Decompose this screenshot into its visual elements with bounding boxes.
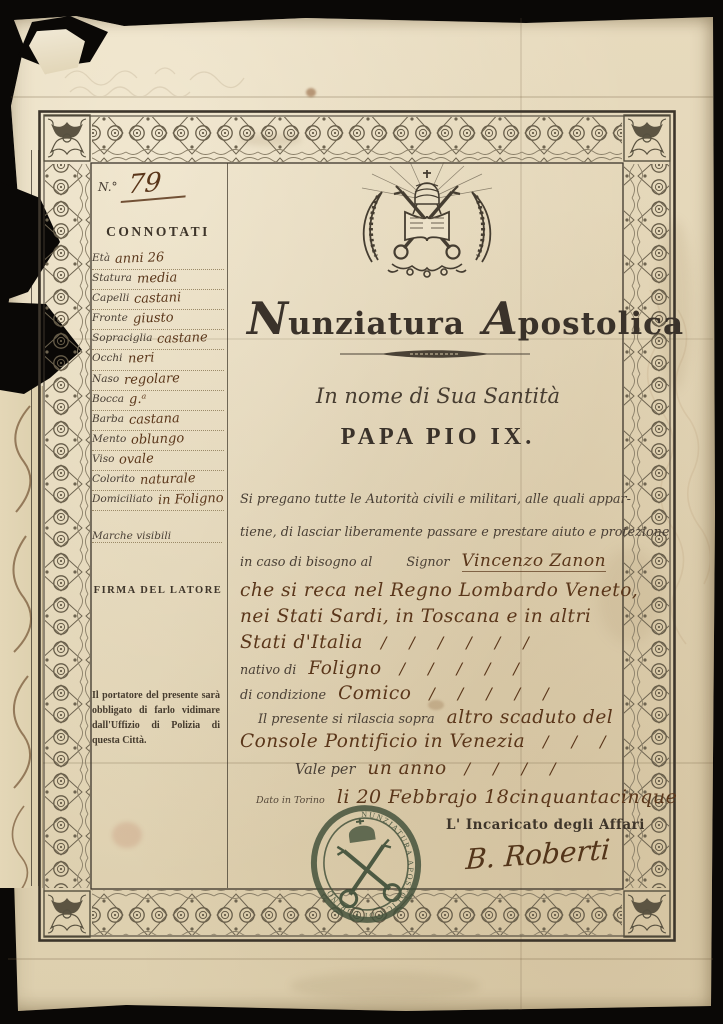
- handwritten-slashes: / / / / /: [400, 659, 528, 678]
- field-fronte: Frontegiusto: [92, 310, 224, 330]
- printed-text: Il presente si rilascia sopra: [258, 712, 435, 727]
- field-label: Bocca: [92, 393, 124, 405]
- body-line-10: Console Pontificio in Venezia/ / /: [240, 731, 638, 752]
- handwritten-text: altro scaduto del: [447, 707, 614, 728]
- field-occhi: Occhineri: [92, 350, 224, 370]
- field-value: media: [137, 270, 178, 286]
- printed-text: in caso di bisogno al: [240, 555, 372, 570]
- firma-del-latore-heading: FIRMA DEL LATORE: [92, 585, 224, 596]
- field-label: Naso: [92, 373, 119, 385]
- printed-text: nativo di: [240, 663, 296, 678]
- connotati-fields: Etàanni 26 Staturamedia Capellicastani F…: [92, 250, 224, 511]
- scanned-passport-document: N.°79 CONNOTATI Etàanni 26 Staturamedia …: [0, 0, 723, 1024]
- field-value: castani: [134, 290, 182, 307]
- field-eta: Etàanni 26: [92, 250, 224, 270]
- printed-text: di condizione: [240, 688, 326, 703]
- official-title: L' Incaricato degli Affari: [446, 817, 636, 833]
- fold-line: [8, 958, 713, 960]
- handwritten-slashes: / / / / /: [429, 684, 557, 703]
- field-value: g.ᵃ: [129, 391, 147, 407]
- field-statura: Staturamedia: [92, 270, 224, 290]
- marks-label: Marche visibili: [92, 530, 171, 542]
- title-word: Apostolica: [483, 292, 684, 345]
- handwritten-text: Comico: [338, 683, 411, 704]
- field-label: Occhi: [92, 352, 123, 364]
- decorative-rule: [340, 348, 530, 360]
- handwritten-text: Stati d'Italia: [240, 632, 363, 653]
- body-line-6: Stati d'Italia/ / / / / /: [240, 632, 638, 653]
- body-line-7: nativo diFoligno/ / / / /: [240, 658, 638, 679]
- field-label: Domiciliato: [92, 493, 153, 505]
- field-value: oblungo: [131, 431, 185, 448]
- handwritten-slashes: / / / /: [465, 759, 565, 778]
- field-capelli: Capellicastani: [92, 290, 224, 310]
- handwritten-slashes: / / /: [543, 732, 614, 751]
- field-value: ovale: [119, 451, 154, 467]
- body-line-9: Il presente si rilascia sopraaltro scadu…: [240, 707, 656, 728]
- field-value: castane: [157, 330, 208, 347]
- stain: [290, 972, 480, 1000]
- printed-text: Vale per: [295, 762, 355, 778]
- body-line-5: nei Stati Sardi, in Toscana e in altri: [240, 606, 638, 627]
- connotati-heading: CONNOTATI: [92, 224, 224, 240]
- field-label: Capelli: [92, 292, 129, 304]
- field-sopraciglia: Sopracigliacastane: [92, 330, 224, 350]
- field-value: regolare: [124, 371, 180, 388]
- field-label: Mento: [92, 433, 126, 445]
- body-line-3: in caso di bisogno alSignorVincenzo Zano…: [240, 551, 638, 571]
- field-naso: Nasoregolare: [92, 371, 224, 391]
- field-label: Fronte: [92, 312, 128, 324]
- field-bocca: Boccag.ᵃ: [92, 391, 224, 411]
- field-mento: Mentooblungo: [92, 431, 224, 451]
- handwritten-name: Vincenzo Zanon: [462, 551, 607, 572]
- nunziatura-apostolica-title: NunziaturaApostolica: [238, 292, 638, 345]
- printed-text: Si pregano tutte le Autorità civili e mi…: [240, 492, 631, 507]
- printed-text: tiene, di lasciar liberamente passare e …: [240, 525, 669, 540]
- field-value: neri: [127, 351, 154, 367]
- document-number: N.°79: [98, 168, 218, 200]
- handwritten-slashes: / / / / / /: [381, 633, 538, 652]
- handwritten-text: Console Pontificio in Venezia: [240, 731, 525, 752]
- field-value: in Foligno: [158, 491, 224, 508]
- field-domiciliato: Domiciliatoin Foligno: [92, 491, 224, 511]
- body-line-11: Vale perun anno/ / / /: [240, 758, 693, 779]
- field-barba: Barbacastana: [92, 411, 224, 431]
- body-line-12: Dato in Torinoli 20 Febbrajo 18cinquanta…: [240, 786, 654, 808]
- body-line-8: di condizioneComico/ / / / /: [240, 683, 638, 704]
- body-line-1: Si pregano tutte le Autorità civili e mi…: [240, 488, 638, 507]
- field-label: Età: [92, 252, 110, 264]
- document-number-value: 79: [120, 165, 188, 203]
- field-label: Colorito: [92, 473, 135, 485]
- column-divider-rule: [227, 163, 228, 888]
- printed-text: Signor: [406, 555, 449, 570]
- police-footnote: Il portatore del presente sarà obbligato…: [92, 688, 220, 748]
- papal-coat-of-arms-emblem: [352, 162, 502, 282]
- handwritten-text: un anno: [367, 758, 446, 779]
- invocation-line: In nome di Sua Santità: [238, 384, 638, 408]
- handwritten-text: Foligno: [308, 658, 381, 679]
- field-label: Sopraciglia: [92, 332, 152, 344]
- body-line-2: tiene, di lasciar liberamente passare e …: [240, 521, 638, 540]
- field-colorito: Coloritonaturale: [92, 471, 224, 491]
- nunziatura-seal-stamp: NUNZIATURA APOSTOLICA DI TORINO: [302, 797, 430, 931]
- document-number-label: N.°: [98, 180, 118, 194]
- handwritten-text: che si reca nel Regno Lombardo Veneto,: [240, 580, 638, 601]
- printed-dateline: Dato in Torino: [256, 795, 325, 806]
- body-line-4: che si reca nel Regno Lombardo Veneto,: [240, 580, 638, 601]
- field-value: naturale: [140, 471, 196, 488]
- field-label: Viso: [92, 453, 114, 465]
- title-word: Nunziatura: [247, 292, 465, 345]
- handwritten-text: nei Stati Sardi, in Toscana e in altri: [240, 606, 591, 627]
- fold-line: [8, 96, 713, 98]
- pope-name: PAPA PIO IX.: [238, 424, 638, 451]
- field-label: Barba: [92, 413, 124, 425]
- field-value: anni 26: [115, 250, 165, 267]
- marks-field: Marche visibili: [92, 524, 222, 543]
- field-viso: Visoovale: [92, 451, 224, 471]
- field-label: Statura: [92, 272, 132, 284]
- field-value: giusto: [133, 311, 174, 327]
- field-value: castana: [129, 411, 180, 428]
